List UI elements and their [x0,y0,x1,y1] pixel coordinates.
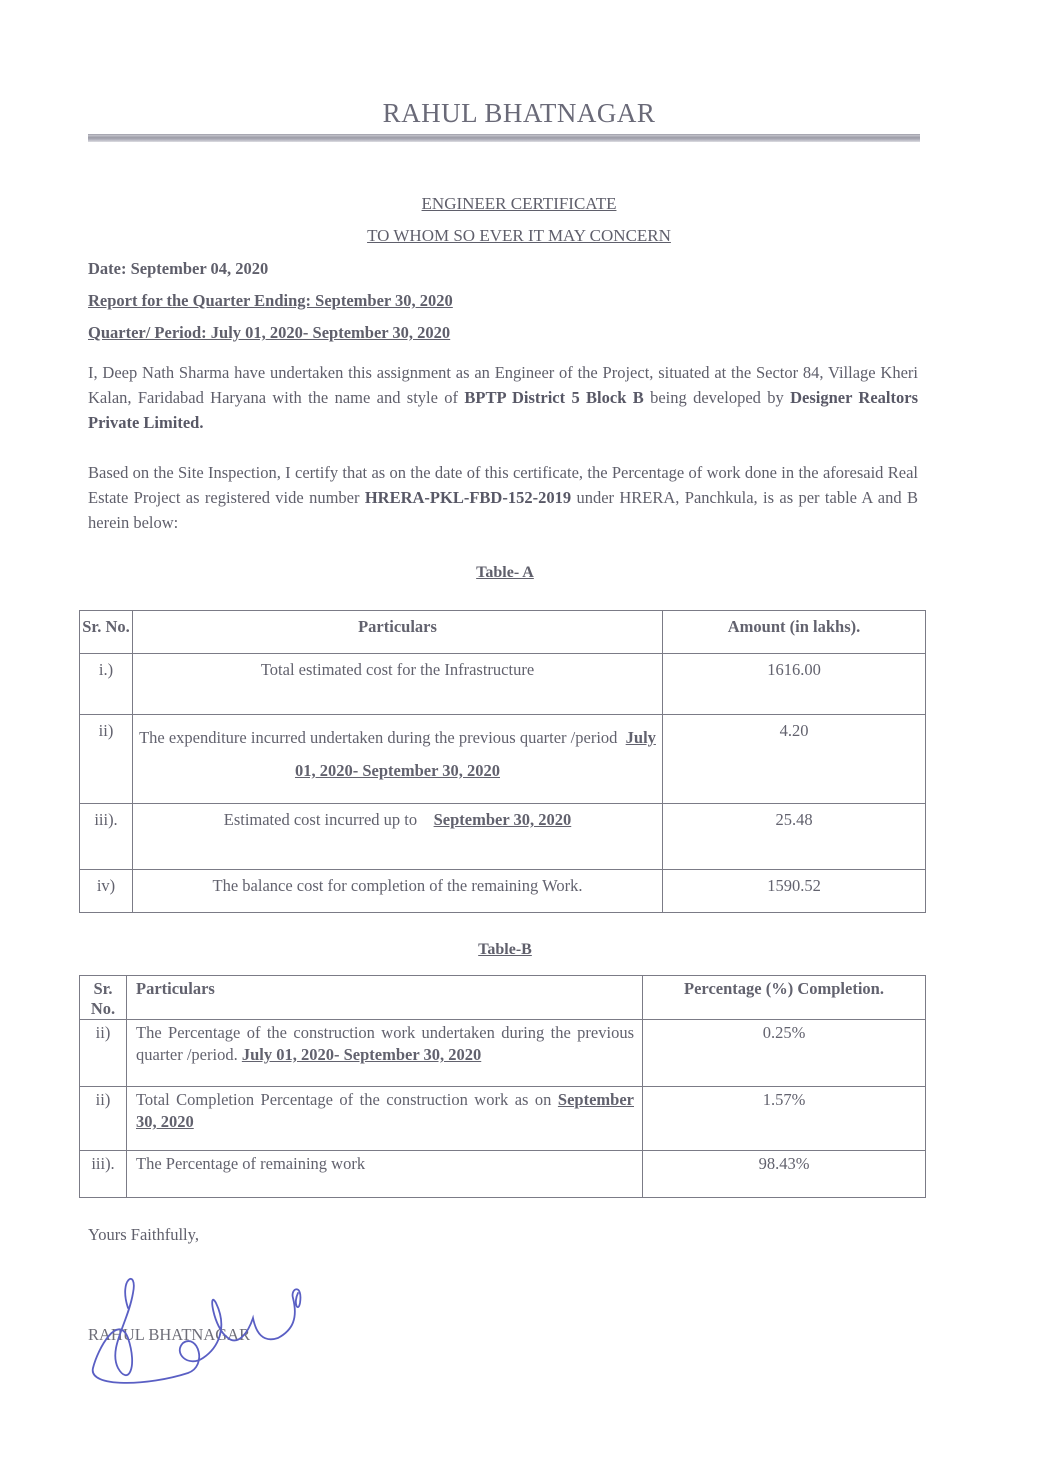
signature [88,1268,408,1398]
header-sr-no: Sr. No. [80,611,133,654]
table-row: ii) The expenditure incurred undertaken … [80,715,926,804]
table-row: iv) The balance cost for completion of t… [80,870,926,913]
header-percentage: Percentage (%) Completion. [643,976,926,1020]
table-a: Sr. No. Particulars Amount (in lakhs). i… [79,610,926,913]
header-particulars: Particulars [127,976,643,1020]
header-particulars: Particulars [133,611,663,654]
project-name: BPTP District 5 Block B [464,388,643,407]
quarter-period: Quarter/ Period: July 01, 2020- Septembe… [88,323,450,343]
table-row: iii). The Percentage of remaining work 9… [80,1151,926,1198]
letterhead-name: RAHUL BHATNAGAR [0,98,1038,129]
certificate-date: Date: September 04, 2020 [88,259,268,279]
certification-statement: Based on the Site Inspection, I certify … [88,460,918,535]
header-sr-no: Sr. No. [80,976,127,1020]
table-row: i.) Total estimated cost for the Infrast… [80,654,926,715]
certificate-subtitle: TO WHOM SO EVER IT MAY CONCERN [0,226,1038,246]
certificate-title: ENGINEER CERTIFICATE [0,194,1038,214]
engineer-statement: I, Deep Nath Sharma have undertaken this… [88,360,918,435]
table-header-row: Sr. No. Particulars Percentage (%) Compl… [80,976,926,1020]
table-row: iii). Estimated cost incurred up to Sept… [80,804,926,870]
header-amount: Amount (in lakhs). [663,611,926,654]
table-b: Sr. No. Particulars Percentage (%) Compl… [79,975,926,1198]
period-value: July 01, 2020- September 30, 2020 [242,1045,481,1064]
table-a-caption: Table- A [0,564,1010,582]
table-header-row: Sr. No. Particulars Amount (in lakhs). [80,611,926,654]
date-value: September 30, 2020 [434,810,572,829]
registration-number: HRERA-PKL-FBD-152-2019 [365,488,571,507]
table-row: ii) The Percentage of the construction w… [80,1020,926,1087]
table-row: ii) Total Completion Percentage of the c… [80,1087,926,1151]
letterhead-rule [88,134,920,142]
closing-salutation: Yours Faithfully, [88,1225,199,1245]
table-b-caption: Table-B [0,941,1010,959]
report-quarter: Report for the Quarter Ending: September… [88,291,453,311]
